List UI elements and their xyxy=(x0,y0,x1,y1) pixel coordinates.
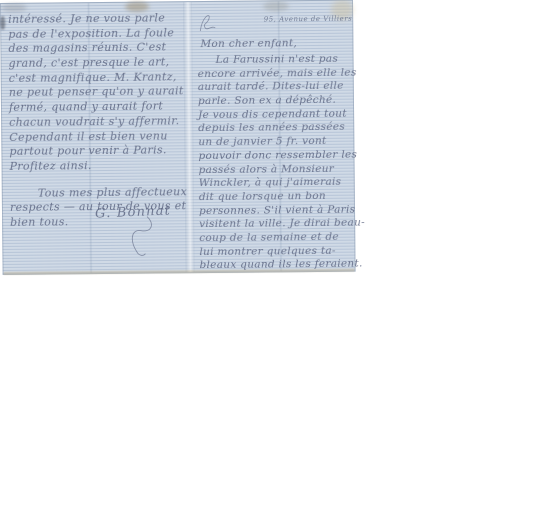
stain-fold-top xyxy=(263,1,289,11)
handwriting-line: pas de l'exposition. La foule xyxy=(8,26,184,42)
salutation-line: Mon cher enfant, xyxy=(200,37,297,52)
stain-top-left xyxy=(1,4,27,12)
signature-flourish-icon xyxy=(103,214,159,261)
handwriting-line: des magasins réunis. C'est xyxy=(8,41,184,57)
handwriting-line: fermé, quand y aurait fort xyxy=(9,99,185,115)
handwriting-line: grand, c'est presque le art, xyxy=(9,55,185,71)
letter-paper: intéressé. Je ne vous parle pas de l'exp… xyxy=(0,0,356,275)
left-page: intéressé. Je ne vous parle pas de l'exp… xyxy=(8,11,186,230)
handwriting-line: Cependant il est bien venu xyxy=(9,129,185,145)
signature-block: G. Bonnat xyxy=(95,204,185,220)
handwriting-line: partout pour venir à Paris. xyxy=(9,143,185,159)
scan-background: { "colors": { "background": "#ffffff", "… xyxy=(0,0,540,505)
closing-line: Tous mes plus affectueux xyxy=(38,185,186,201)
stain-left-edge xyxy=(0,16,5,30)
handwriting-line: chacun voudrait s'y affermir. xyxy=(9,114,185,130)
handwriting-line: Profitez ainsi. xyxy=(10,158,186,174)
handwriting-line: intéressé. Je ne vous parle xyxy=(8,11,184,27)
stain-brown-top xyxy=(125,2,149,12)
handwriting-line: ne peut penser qu'on y aurait xyxy=(9,85,185,101)
right-page-body: La Farussini n'est pas encore arrivée, m… xyxy=(197,53,365,274)
letterhead-address: 95, Avenue de Villiers xyxy=(264,15,353,24)
paraph-squiggle-icon xyxy=(197,9,221,35)
handwriting-line: c'est magnifique. M. Krantz, xyxy=(9,70,185,86)
handwriting-line: bleaux quand ils les feraient. xyxy=(199,258,365,273)
